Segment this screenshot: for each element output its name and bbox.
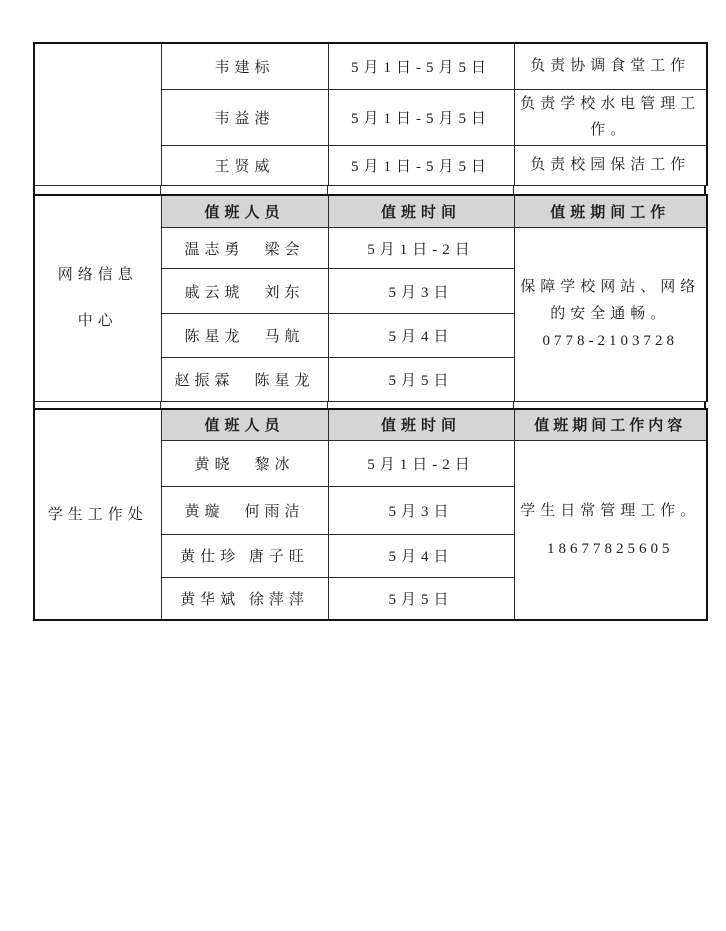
header-duty-work: 值班期间工作 xyxy=(514,195,707,228)
section-network-info-center: 网络信息 中心 值班人员 值班时间 值班期间工作 温志勇 梁会 5月1日-2日 … xyxy=(33,194,708,403)
duty-time-cell: 5月5日 xyxy=(328,358,514,402)
work-note: 学生日常管理工作。 xyxy=(515,499,707,523)
person-name-cell: 黄晓 黎冰 xyxy=(161,440,328,486)
person-name-cell: 赵振霖 陈星龙 xyxy=(161,358,328,402)
gap-left-border xyxy=(33,402,35,408)
department-cell-blank xyxy=(34,43,161,185)
person-name-cell: 温志勇 梁会 xyxy=(161,228,328,269)
person-name-cell: 黄华斌 徐萍萍 xyxy=(161,577,328,620)
section-gap xyxy=(33,402,706,408)
gap-col-border xyxy=(513,402,514,408)
person-name-cell: 黄仕珍 唐子旺 xyxy=(161,534,328,577)
duty-work-cell: 负责学校水电管理工作。 xyxy=(514,89,707,145)
duty-time-cell: 5月1日-5月5日 xyxy=(328,145,514,185)
person-name-cell: 戚云琥 刘东 xyxy=(161,269,328,314)
duty-schedule-table: 韦建标 5月1日-5月5日 负责协调食堂工作 韦益港 5月1日-5月5日 负责学… xyxy=(33,42,706,621)
person-name-cell: 韦益港 xyxy=(161,89,328,145)
gap-col-border xyxy=(160,186,161,194)
header-duty-person: 值班人员 xyxy=(161,409,328,440)
header-duty-person: 值班人员 xyxy=(161,195,328,228)
duty-time-cell: 5月1日-5月5日 xyxy=(328,43,514,89)
person-name-cell: 黄璇 何雨洁 xyxy=(161,486,328,534)
duty-time-cell: 5月1日-2日 xyxy=(328,440,514,486)
gap-left-border xyxy=(33,186,35,194)
table-row: 韦建标 5月1日-5月5日 负责协调食堂工作 xyxy=(34,43,707,89)
gap-col-border xyxy=(160,402,161,408)
header-row: 网络信息 中心 值班人员 值班时间 值班期间工作 xyxy=(34,195,707,228)
duty-work-merged-cell: 学生日常管理工作。 18677825605 xyxy=(514,440,707,620)
person-name-cell: 韦建标 xyxy=(161,43,328,89)
department-cell: 网络信息 中心 xyxy=(34,195,161,402)
gap-col-border xyxy=(327,402,328,408)
duty-time-cell: 5月3日 xyxy=(328,486,514,534)
gap-right-border xyxy=(704,186,706,194)
section-gap xyxy=(33,186,706,194)
duty-time-cell: 5月4日 xyxy=(328,314,514,358)
gap-col-border xyxy=(327,186,328,194)
header-duty-time: 值班时间 xyxy=(328,409,514,440)
work-note: 保障学校网站、网络的安全通畅。 xyxy=(515,274,707,328)
department-label: 学生工作处 xyxy=(35,492,161,538)
department-cell: 学生工作处 xyxy=(34,409,161,620)
header-duty-time: 值班时间 xyxy=(328,195,514,228)
department-label-line1: 网络信息 xyxy=(35,252,161,298)
header-row: 学生工作处 值班人员 值班时间 值班期间工作内容 xyxy=(34,409,707,440)
work-phone: 0778-2103728 xyxy=(515,328,707,355)
gap-col-border xyxy=(513,186,514,194)
person-name-cell: 王贤威 xyxy=(161,145,328,185)
duty-time-cell: 5月5日 xyxy=(328,577,514,620)
section-student-affairs: 学生工作处 值班人员 值班时间 值班期间工作内容 黄晓 黎冰 5月1日-2日 学… xyxy=(33,408,708,621)
section-general-affairs: 韦建标 5月1日-5月5日 负责协调食堂工作 韦益港 5月1日-5月5日 负责学… xyxy=(33,42,708,186)
duty-time-cell: 5月3日 xyxy=(328,269,514,314)
work-phone: 18677825605 xyxy=(515,537,707,561)
department-label-line2: 中心 xyxy=(35,298,161,344)
duty-work-cell: 负责协调食堂工作 xyxy=(514,43,707,89)
duty-time-cell: 5月1日-5月5日 xyxy=(328,89,514,145)
header-duty-work-content: 值班期间工作内容 xyxy=(514,409,707,440)
person-name-cell: 陈星龙 马航 xyxy=(161,314,328,358)
duty-time-cell: 5月4日 xyxy=(328,534,514,577)
document-page: 韦建标 5月1日-5月5日 负责协调食堂工作 韦益港 5月1日-5月5日 负责学… xyxy=(0,0,726,931)
duty-work-cell: 负责校园保洁工作 xyxy=(514,145,707,185)
duty-time-cell: 5月1日-2日 xyxy=(328,228,514,269)
duty-work-merged-cell: 保障学校网站、网络的安全通畅。 0778-2103728 xyxy=(514,228,707,402)
gap-right-border xyxy=(704,402,706,408)
